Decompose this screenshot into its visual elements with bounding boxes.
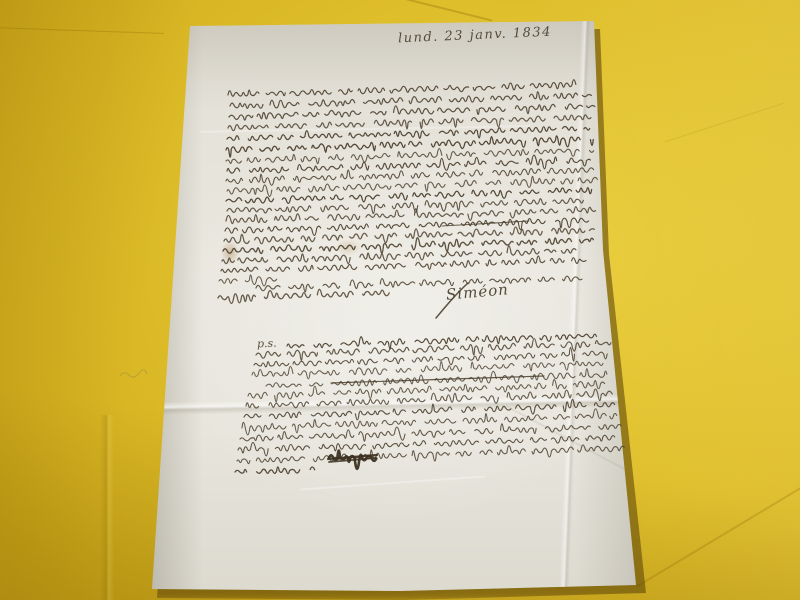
photo-of-handwritten-letter: lund. 23 janv. 1834 p.s. Siméon (0, 0, 800, 600)
postscript-marker: p.s. (257, 337, 277, 351)
handwriting-ink-strokes (0, 0, 800, 600)
